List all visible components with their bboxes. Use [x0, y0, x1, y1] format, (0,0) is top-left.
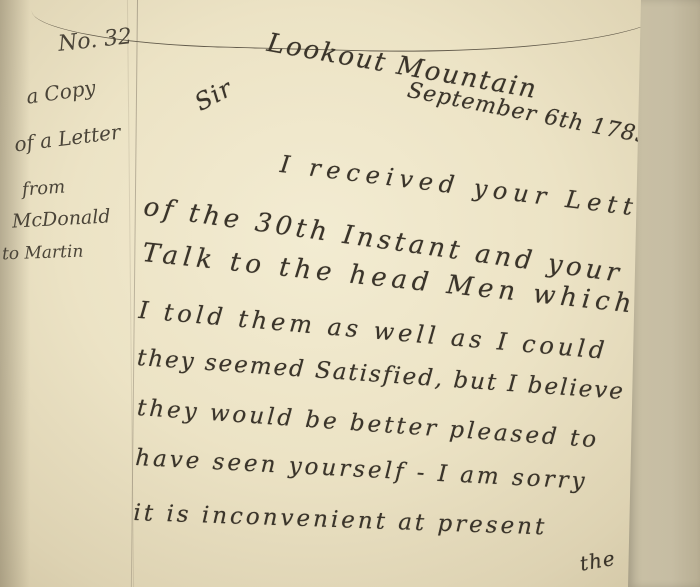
salutation: Sir [190, 74, 237, 117]
body-line: have seen yourself - I am sorry [135, 445, 589, 495]
body-line: I received your Letter [279, 150, 678, 226]
margin-note-line: from [21, 177, 66, 201]
catchword: the [578, 546, 617, 576]
body-line: it is inconvenient at present [133, 500, 548, 540]
margin-note-line: McDonald [11, 205, 111, 232]
next-page-edge [628, 0, 700, 587]
margin-note-line: to Martin [2, 242, 84, 265]
margin-note-line: a Copy [25, 75, 97, 108]
body-line: they would be better pleased to [136, 395, 600, 453]
letter-page: No. 32 a Copy of a Letter from McDonald … [0, 0, 700, 587]
